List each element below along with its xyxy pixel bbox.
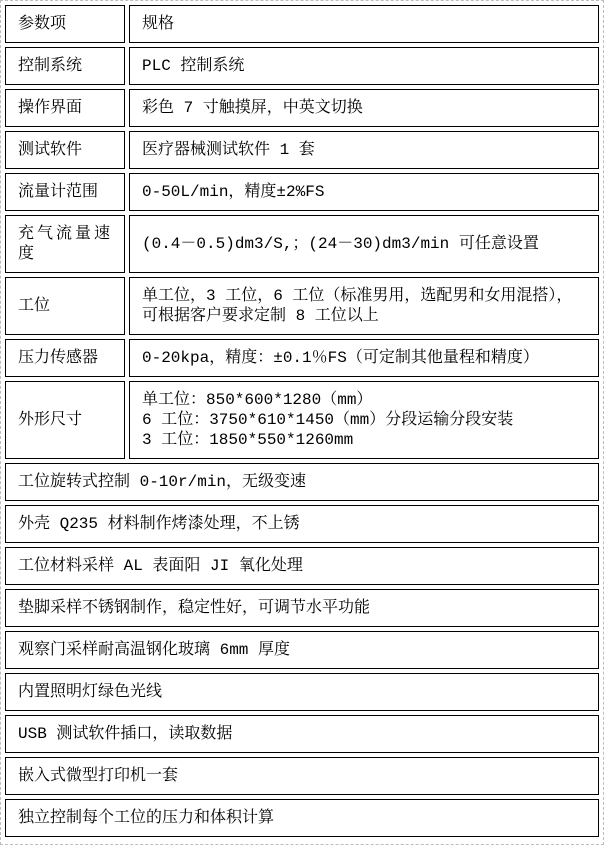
feature-text-cell: 工位旋转式控制 0-10r/min，无级变速 (5, 463, 599, 501)
feature-row: 外壳 Q235 材料制作烤漆处理，不上锈 (5, 505, 599, 543)
spec-row: 充气流量速度 (0.4－0.5)dm3/S,；(24－30)dm3/min 可任… (5, 215, 599, 273)
spec-value-cell: 0-50L/min，精度±2%FS (129, 173, 599, 211)
feature-row: 独立控制每个工位的压力和体积计算 (5, 799, 599, 837)
spec-label-cell: 压力传感器 (5, 339, 125, 377)
feature-row: 工位材料采样 AL 表面阳 JI 氧化处理 (5, 547, 599, 585)
spec-value-cell: 单工位，3 工位，6 工位（标准男用，选配男和女用混搭），可根据客户要求定制 8… (129, 277, 599, 335)
param-header-cell: 参数项 (5, 5, 125, 43)
spec-label-cell: 外形尺寸 (5, 381, 125, 459)
spec-table: 参数项 规格 控制系统 PLC 控制系统 操作界面 彩色 7 寸触摸屏，中英文切… (1, 1, 603, 841)
spec-value-cell: 0-20kpa，精度：±0.1％FS（可定制其他量程和精度） (129, 339, 599, 377)
spec-label-cell: 流量计范围 (5, 173, 125, 211)
feature-text-cell: 外壳 Q235 材料制作烤漆处理，不上锈 (5, 505, 599, 543)
spec-label-cell: 控制系统 (5, 47, 125, 85)
spec-value-cell: 单工位：850*600*1280（mm） 6 工位：3750*610*1450（… (129, 381, 599, 459)
feature-text-cell: 嵌入式微型打印机一套 (5, 757, 599, 795)
spec-value-cell: (0.4－0.5)dm3/S,；(24－30)dm3/min 可任意设置 (129, 215, 599, 273)
header-row: 参数项 规格 (5, 5, 599, 43)
spec-row: 工位 单工位，3 工位，6 工位（标准男用，选配男和女用混搭），可根据客户要求定… (5, 277, 599, 335)
spec-label-cell: 测试软件 (5, 131, 125, 169)
spec-row: 操作界面 彩色 7 寸触摸屏，中英文切换 (5, 89, 599, 127)
spec-table-body: 参数项 规格 控制系统 PLC 控制系统 操作界面 彩色 7 寸触摸屏，中英文切… (5, 5, 599, 837)
feature-text-cell: 工位材料采样 AL 表面阳 JI 氧化处理 (5, 547, 599, 585)
spec-row: 控制系统 PLC 控制系统 (5, 47, 599, 85)
feature-text-cell: 独立控制每个工位的压力和体积计算 (5, 799, 599, 837)
spec-value-cell: 医疗器械测试软件 1 套 (129, 131, 599, 169)
spec-row: 压力传感器 0-20kpa，精度：±0.1％FS（可定制其他量程和精度） (5, 339, 599, 377)
spec-value-cell: PLC 控制系统 (129, 47, 599, 85)
feature-row: 垫脚采样不锈钢制作，稳定性好，可调节水平功能 (5, 589, 599, 627)
feature-text-cell: 内置照明灯绿色光线 (5, 673, 599, 711)
feature-text-cell: 垫脚采样不锈钢制作，稳定性好，可调节水平功能 (5, 589, 599, 627)
feature-row: 内置照明灯绿色光线 (5, 673, 599, 711)
feature-row: 观察门采样耐高温钢化玻璃 6mm 厚度 (5, 631, 599, 669)
feature-row: 嵌入式微型打印机一套 (5, 757, 599, 795)
spec-label-cell: 操作界面 (5, 89, 125, 127)
feature-row: 工位旋转式控制 0-10r/min，无级变速 (5, 463, 599, 501)
spec-sheet: 参数项 规格 控制系统 PLC 控制系统 操作界面 彩色 7 寸触摸屏，中英文切… (0, 0, 604, 845)
spec-label-cell: 工位 (5, 277, 125, 335)
spec-row: 外形尺寸 单工位：850*600*1280（mm） 6 工位：3750*610*… (5, 381, 599, 459)
feature-row: USB 测试软件插口，读取数据 (5, 715, 599, 753)
feature-text-cell: USB 测试软件插口，读取数据 (5, 715, 599, 753)
spec-row: 测试软件 医疗器械测试软件 1 套 (5, 131, 599, 169)
spec-label-cell: 充气流量速度 (5, 215, 125, 273)
spec-header-cell: 规格 (129, 5, 599, 43)
feature-text-cell: 观察门采样耐高温钢化玻璃 6mm 厚度 (5, 631, 599, 669)
spec-row: 流量计范围 0-50L/min，精度±2%FS (5, 173, 599, 211)
spec-value-cell: 彩色 7 寸触摸屏，中英文切换 (129, 89, 599, 127)
